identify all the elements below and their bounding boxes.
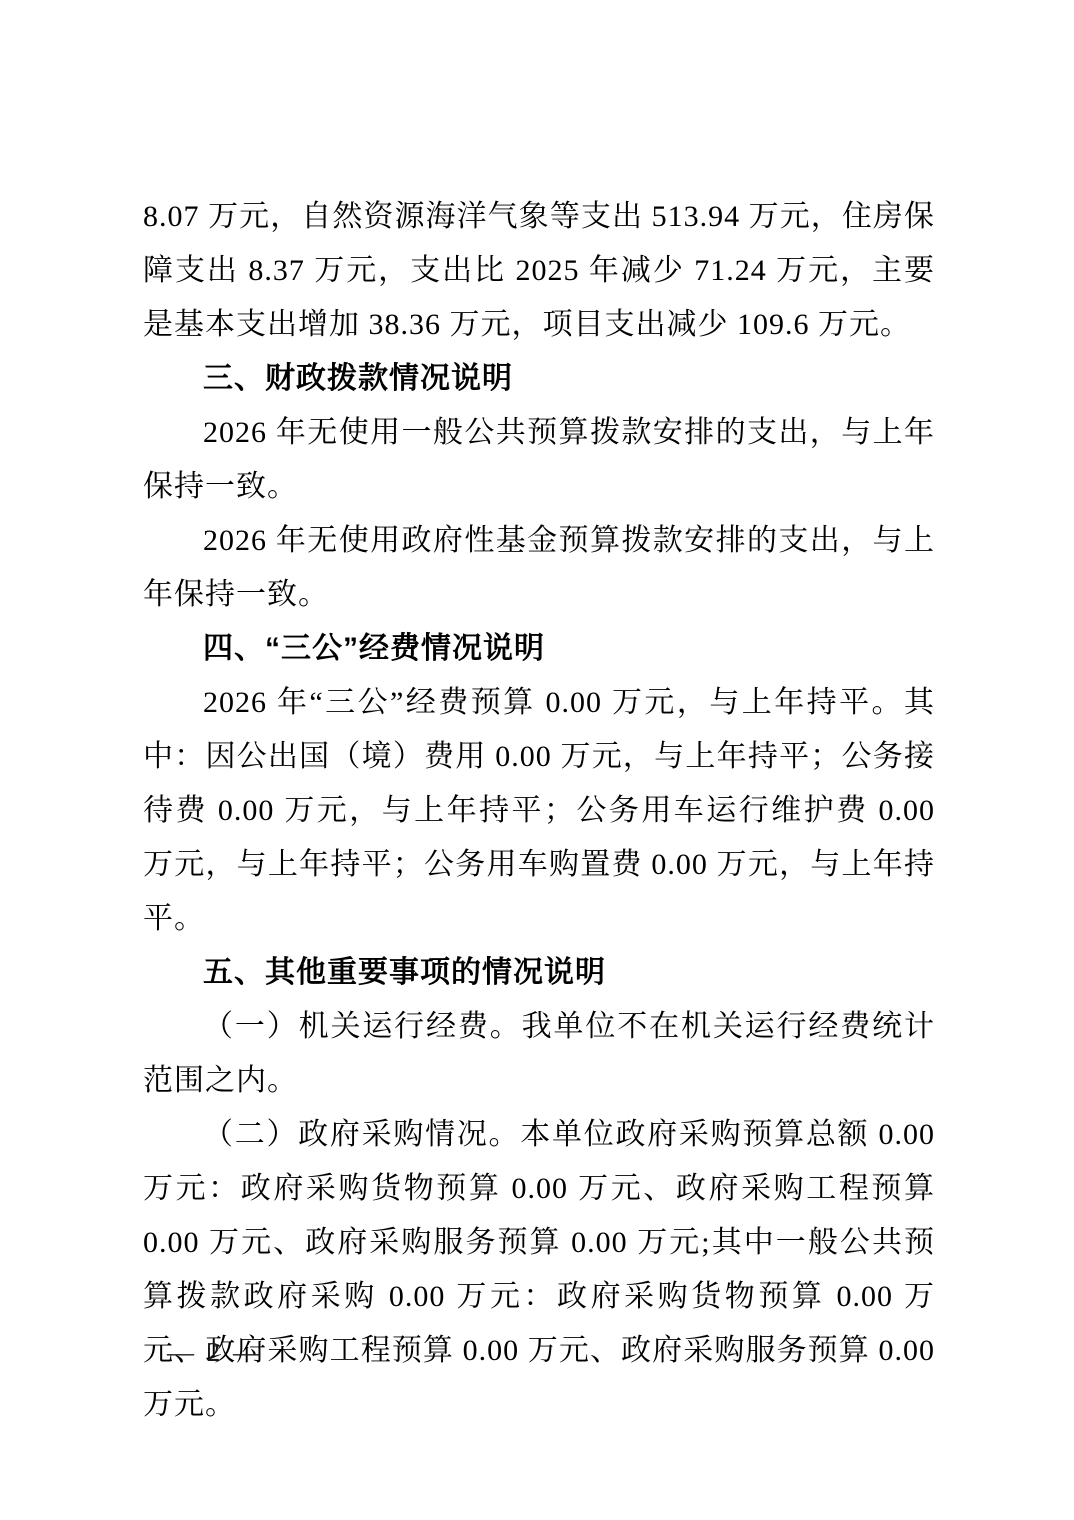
paragraph-agency-operating-expenses: （一）机关运行经费。我单位不在机关运行经费统计范围之内。 <box>143 1000 935 1108</box>
paragraph-expenditure-continuation: 8.07 万元，自然资源海洋气象等支出 513.94 万元，住房保障支出 8.3… <box>143 190 935 352</box>
paragraph-government-procurement: （二）政府采购情况。本单位政府采购预算总额 0.00 万元：政府采购货物预算 0… <box>143 1108 935 1432</box>
page-number: — 2 — <box>167 1336 263 1368</box>
section-heading-fiscal-appropriation: 三、财政拨款情况说明 <box>143 352 935 406</box>
section-heading-three-public-funds: 四、“三公”经费情况说明 <box>143 622 935 676</box>
paragraph-three-public-funds-detail: 2026 年“三公”经费预算 0.00 万元，与上年持平。其中：因公出国（境）费… <box>143 676 935 946</box>
section-heading-other-important-matters: 五、其他重要事项的情况说明 <box>143 946 935 1000</box>
page-background: 8.07 万元，自然资源海洋气象等支出 513.94 万元，住房保障支出 8.3… <box>0 0 1074 1520</box>
document-body: 8.07 万元，自然资源海洋气象等支出 513.94 万元，住房保障支出 8.3… <box>143 190 935 1432</box>
document-page: { "page": { "background_color": "#ffffff… <box>0 0 1074 1520</box>
paragraph-general-public-budget: 2026 年无使用一般公共预算拨款安排的支出，与上年保持一致。 <box>143 406 935 514</box>
paragraph-government-fund-budget: 2026 年无使用政府性基金预算拨款安排的支出，与上年保持一致。 <box>143 514 935 622</box>
